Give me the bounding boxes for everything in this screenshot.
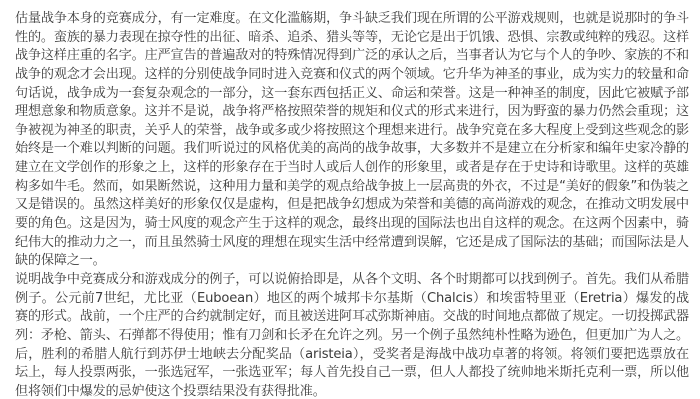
text-line: 构多如牛毛。然而，如果断然说，这种用力量和美学的观点给战争披上一层高贵的外衣，不… [15,178,689,197]
text-line: 理想意象和物质意象。这并不是说，战争将严格按照荣誉的规矩和仪式的形式来进行，因为… [15,103,689,122]
text-line: 估量战争本身的竞赛成分，有一定难度。在文化滥觞期，争斗缺乏我们现在所谓的公平游戏… [15,10,689,29]
text-line: 建立在文学创作的形象之上，这样的形象存在于当时人或后人创作的形象里，或者是存在于… [15,159,689,178]
text-line: 后，胜利的希腊人航行到苏伊士地峡去分配奖品（aristeia），受奖者是海战中战… [15,346,689,365]
text-line: 句话说，战争成为一套复杂观念的一部分，这一套东西包括正义、命运和荣誉。这是一种神… [15,85,689,104]
paragraph-war-contest: 估量战争本身的竞赛成分，有一定难度。在文化滥觞期，争斗缺乏我们现在所谓的公平游戏… [15,10,689,271]
text-line: 战争的观念才会出现。这样的分别使战争同时进入竞赛和仪式的两个领域。它升华为神圣的… [15,66,689,85]
text-line: 说明战争中竞赛成分和游戏成分的例子，可以说俯拾即是，从各个文明、各个时期都可以找… [15,271,689,290]
paragraph-greek-examples: 说明战争中竞赛成分和游戏成分的例子，可以说俯拾即是，从各个文明、各个时期都可以找… [15,271,689,399]
text-line: 争被视为神圣的职责，关乎人的荣誉，战争或多或少将按照这个理想来进行。战争究竟在多… [15,122,689,141]
text-line: 要的角色。这是因为，骑士风度的观念产生于这样的观念，最终出现的国际法也出自这样的… [15,215,689,234]
text-line-last: 缺的保障之一。 [15,252,689,271]
text-line: 战争这样庄重的名字。庄严宣告的普遍敌对的特殊情况得到广泛的承认之后，当事者认为它… [15,47,689,66]
text-line: 性的。蛮族的暴力表现在掠夺性的出征、暗杀、追杀、猎头等等，无论它是出于饥饿、恐惧… [15,29,689,48]
text-line: 赛的形式。战前，一个庄严的合约就制定好，而且被送进阿耳忒弥斯神庙。交战的时间地点… [15,308,689,327]
text-line-last: 但将领们中爆发的忌妒使这个投票结果没有获得批准。 [15,383,689,399]
text-line: 纪伟大的推动力之一，而且虽然骑士风度的理想在现实生活中经常遭到误解，它还是成了国… [15,234,689,253]
text-line: 坛上，每人投票两张，一张选冠军，一张选亚军；每人首先投自己一票，但人人都投了统帅… [15,364,689,383]
article-body: 估量战争本身的竞赛成分，有一定难度。在文化滥觞期，争斗缺乏我们现在所谓的公平游戏… [15,10,689,399]
text-line: 又是错误的。虽然这样美好的形象仅仅是虚构，但是把战争幻想成为荣誉和美德的高尚游戏… [15,196,689,215]
text-line: 例子。公元前7世纪，尤比亚（Euboean）地区的两个城邦卡尔基斯（Chalci… [15,290,689,309]
text-line: 始终是一个难以判断的问题。我们听说过的风格优美的高尚的战争故事，大多数并不是建立… [15,140,689,159]
text-line: 列：矛枪、箭头、石弹都不得使用；惟有刀剑和长矛在允许之列。另一个例子虽然纯朴性略… [15,327,689,346]
